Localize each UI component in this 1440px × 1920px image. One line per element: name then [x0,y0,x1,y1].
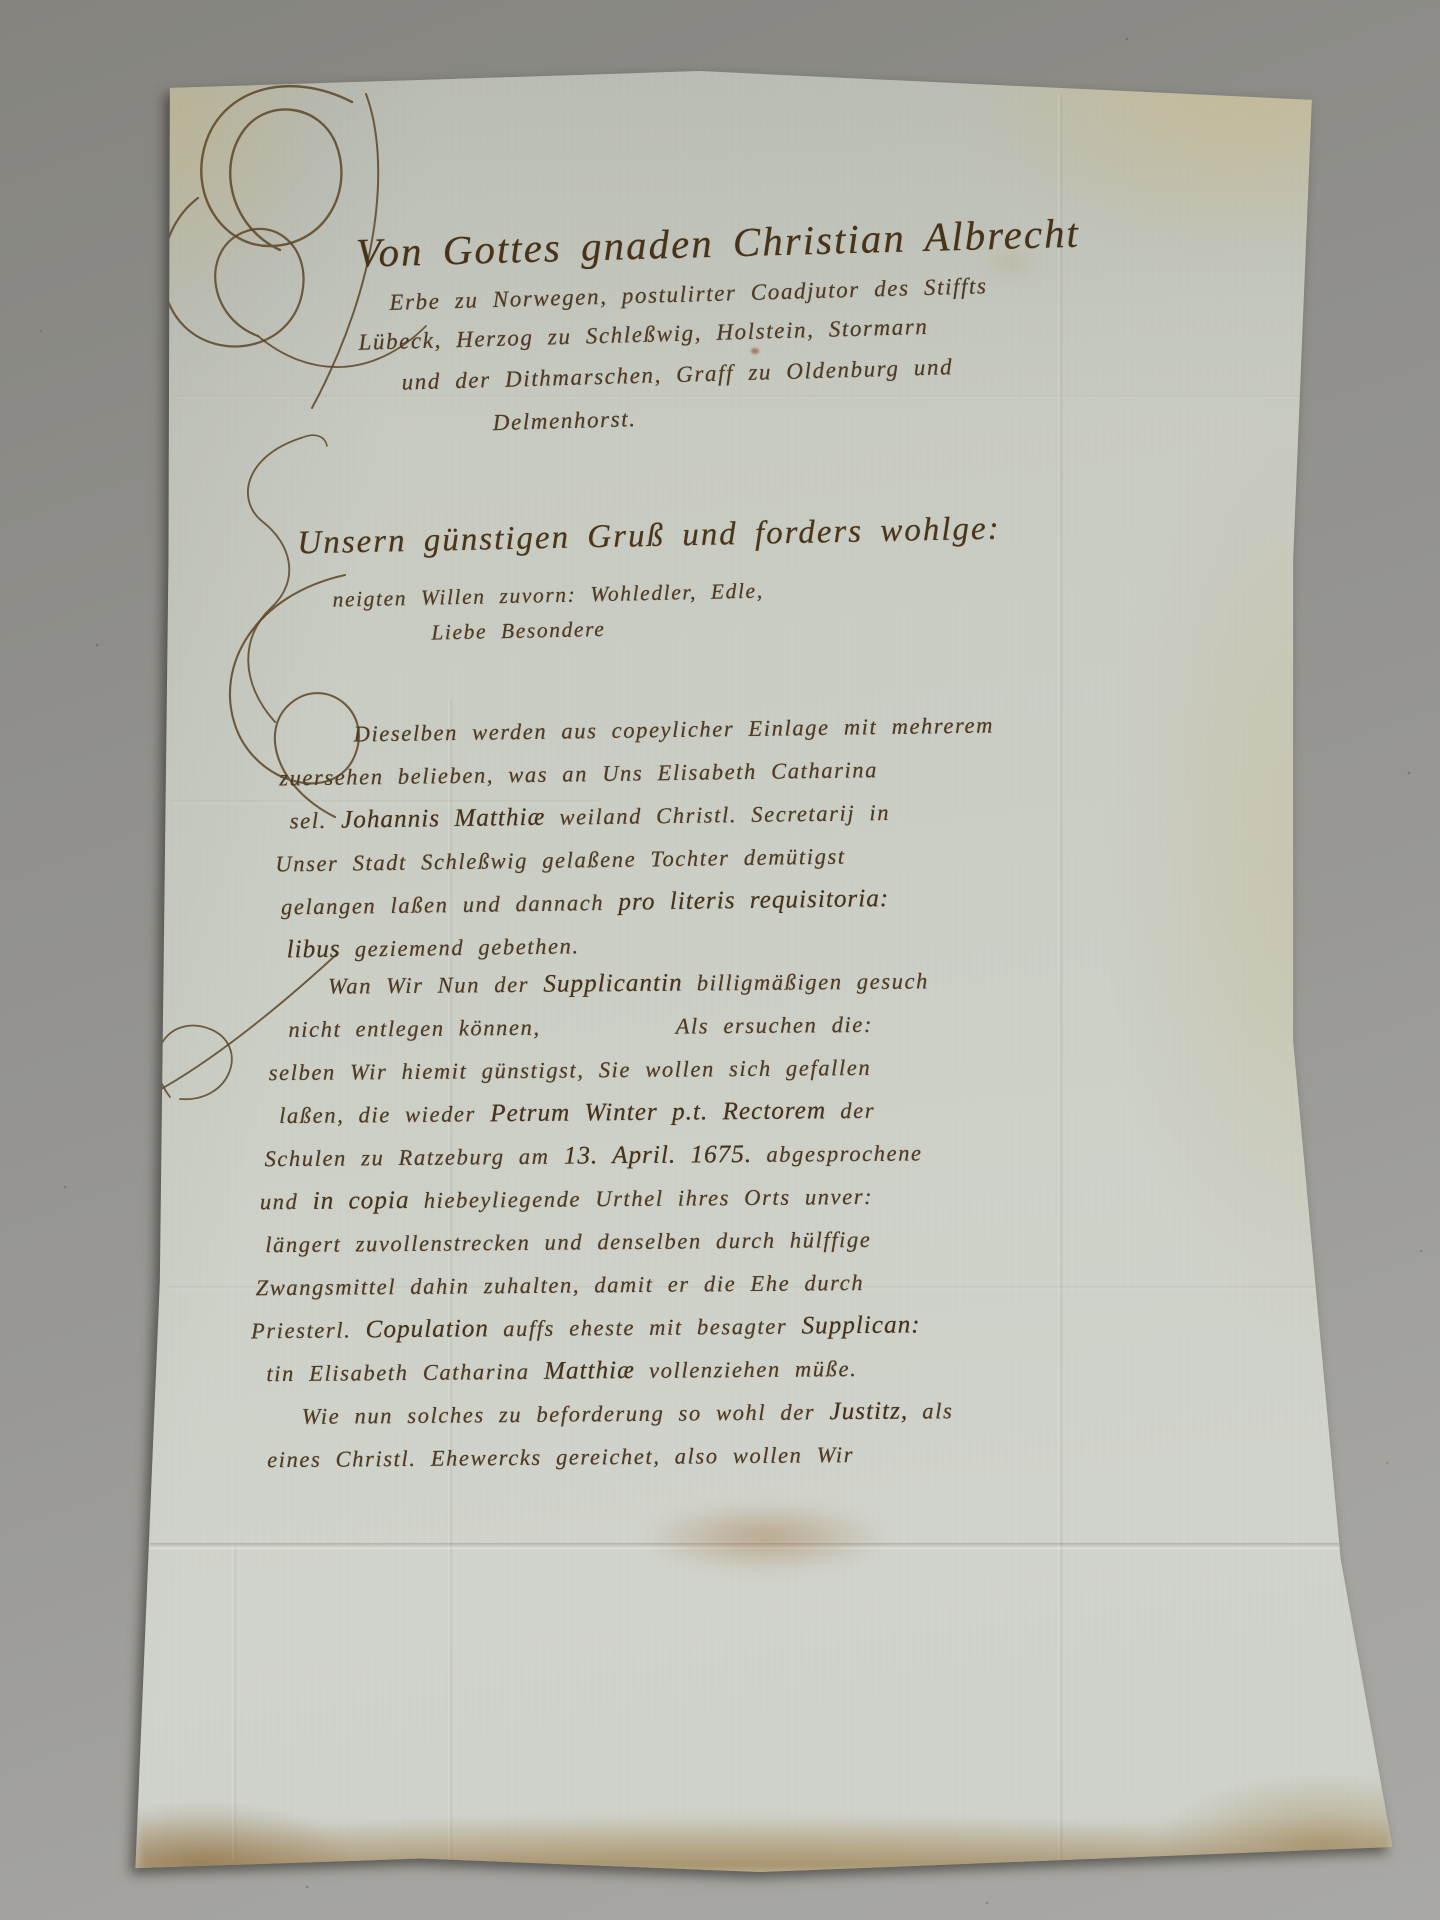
fold-crease-vertical [232,1545,237,1860]
manuscript-line: laßen, die wieder Petrum Winter p.t. Rec… [279,1091,1249,1132]
kurrent-text-segment: abgesprochene [752,1140,923,1166]
manuscript-line: und in copia hiebeyliegende Urthel ihres… [260,1177,1250,1219]
kurrent-text-segment: als [908,1398,954,1423]
titulature-section: Von Gottes gnaden Christian AlbrechtErbe… [237,191,1253,447]
kurrent-text-segment: zuersehen belieben, was an Uns Elisabeth… [279,757,878,790]
manuscript-line: Zwangsmittel dahin zuhalten, damit er di… [255,1263,1250,1305]
latin-text-segment: in copia [313,1187,410,1215]
kurrent-text-segment: selben Wir hiemit günstigst, Sie wollen … [269,1055,872,1085]
latin-text-segment: Matthiæ [544,1357,635,1385]
kurrent-text-segment: hiebeyliegende Urthel ihres Orts unver: [409,1184,873,1213]
salutation-section: Unsern günstigen Gruß und forders wohlge… [239,481,1252,652]
manuscript-line: gelangen laßen und dannach pro literis r… [281,877,1251,924]
kurrent-text-segment: weiland Christl. Secretarij in [545,800,890,830]
body-paragraph-1: Dieselben werden aus copeylicher Einlage… [238,693,1252,967]
kurrent-text-segment: vollenziehen müße. [635,1356,858,1383]
line-gap [541,1034,676,1035]
kurrent-text-segment: auffs eheste mit besagter [489,1314,802,1342]
manuscript-line: Unser Stadt Schleßwig gelaßene Tochter d… [275,834,1250,881]
latin-text-segment: Justitz, [829,1398,908,1426]
kurrent-text-segment: Als ersuchen die: [676,1012,874,1039]
kurrent-text-segment: und der Dithmarschen, Graff zu Oldenburg… [401,354,953,394]
manuscript-line: Wie nun solches zu beforderung so wohl d… [302,1392,1252,1433]
manuscript-line: selben Wir hiemit günstigst, Sie wollen … [269,1048,1249,1090]
kurrent-text-segment: Erbe zu Norwegen, postulirter Coadjutor … [389,273,988,315]
manuscript-line: Schulen zu Ratzeburg am 13. April. 1675.… [264,1134,1249,1176]
manuscript-paper-wrap: Von Gottes gnaden Christian AlbrechtErbe… [0,0,1440,1920]
manuscript-line: sel. Johannis Matthiæ weiland Christl. S… [290,791,1250,837]
latin-text-segment: Johannis Matthiæ [341,804,546,834]
manuscript-line: eines Christl. Ehewercks gereichet, also… [267,1435,1252,1477]
kurrent-text-segment: Priesterl. [251,1317,366,1343]
manuscript-line: Priesterl. Copulation auffs eheste mit b… [251,1306,1251,1348]
kurrent-text-segment: eines Christl. Ehewercks gereichet, also… [267,1442,854,1472]
manuscript-page: Von Gottes gnaden Christian AlbrechtErbe… [0,0,1440,1920]
kurrent-text-segment: Liebe Besondere [431,617,606,645]
body-paragraph-2: Wan Wir Nun der Supplicantin billigmäßig… [238,948,1252,1477]
latin-text-segment: Petrum Winter p.t. Rectorem [490,1097,826,1127]
kurrent-text-segment: Unser Stadt Schleßwig gelaßene Tochter d… [275,844,846,877]
kurrent-text-segment: der [826,1098,875,1123]
latin-text-segment: pro literis requisitoria: [618,885,889,916]
kurrent-text-segment: und [260,1189,313,1214]
photograph: Von Gottes gnaden Christian AlbrechtErbe… [0,0,1440,1920]
latin-text-segment: Supplican: [801,1311,920,1339]
kurrent-text-segment: Wie nun solches zu beforderung so wohl d… [302,1399,830,1429]
kurrent-text-segment: Delmenhorst. [492,406,636,435]
kurrent-text-segment: Schulen zu Ratzeburg am [264,1144,564,1172]
manuscript-line: Wan Wir Nun der Supplicantin billigmäßig… [328,962,1248,1003]
manuscript-line: Unsern günstigen Gruß und forders wohlge… [297,501,1250,565]
kurrent-text-segment: Unsern günstigen Gruß und forders wohlge… [297,511,1001,562]
kurrent-text-segment: Dieselben werden aus copeylicher Einlage… [353,713,994,747]
kurrent-text-segment: Zwangsmittel dahin zuhalten, damit er di… [256,1270,865,1300]
kurrent-text-segment: neigten Willen zuvorn: Wohledler, Edle, [332,579,764,612]
kurrent-text-segment: tin Elisabeth Catharina [266,1359,544,1386]
manuscript-line: längert zuvollenstrecken und denselben d… [265,1220,1250,1262]
latin-text-segment: Supplicantin [543,970,683,998]
kurrent-text-segment: längert zuvollenstrecken und denselben d… [265,1227,871,1257]
manuscript-line: nicht entlegen können,Als ersuchen die: [288,1005,1248,1046]
latin-text-segment: 13. April. 1675. [564,1141,753,1170]
latin-text-segment: Copulation [365,1315,489,1343]
kurrent-text-segment: sel. [290,808,342,834]
stain [140,1818,1390,1870]
kurrent-text-segment: gelangen laßen und dannach [281,890,619,920]
kurrent-text-segment: billigmäßigen gesuch [683,968,930,995]
manuscript-line: zuersehen belieben, was an Uns Elisabeth… [279,748,1249,795]
kurrent-text-segment: Von Gottes gnaden Christian Albrecht [355,210,1080,276]
manuscript-line: tin Elisabeth Catharina Matthiæ vollenzi… [266,1349,1251,1391]
kurrent-text-segment: Wan Wir Nun der [328,972,544,999]
kurrent-text-segment: nicht entlegen können, [288,1015,540,1042]
stain [640,1500,890,1575]
kurrent-text-segment: Lübeck, Herzog zu Schleßwig, Holstein, S… [358,314,929,355]
kurrent-text-segment: laßen, die wieder [279,1101,490,1128]
manuscript-line: Dieselben werden aus copeylicher Einlage… [353,705,1248,750]
